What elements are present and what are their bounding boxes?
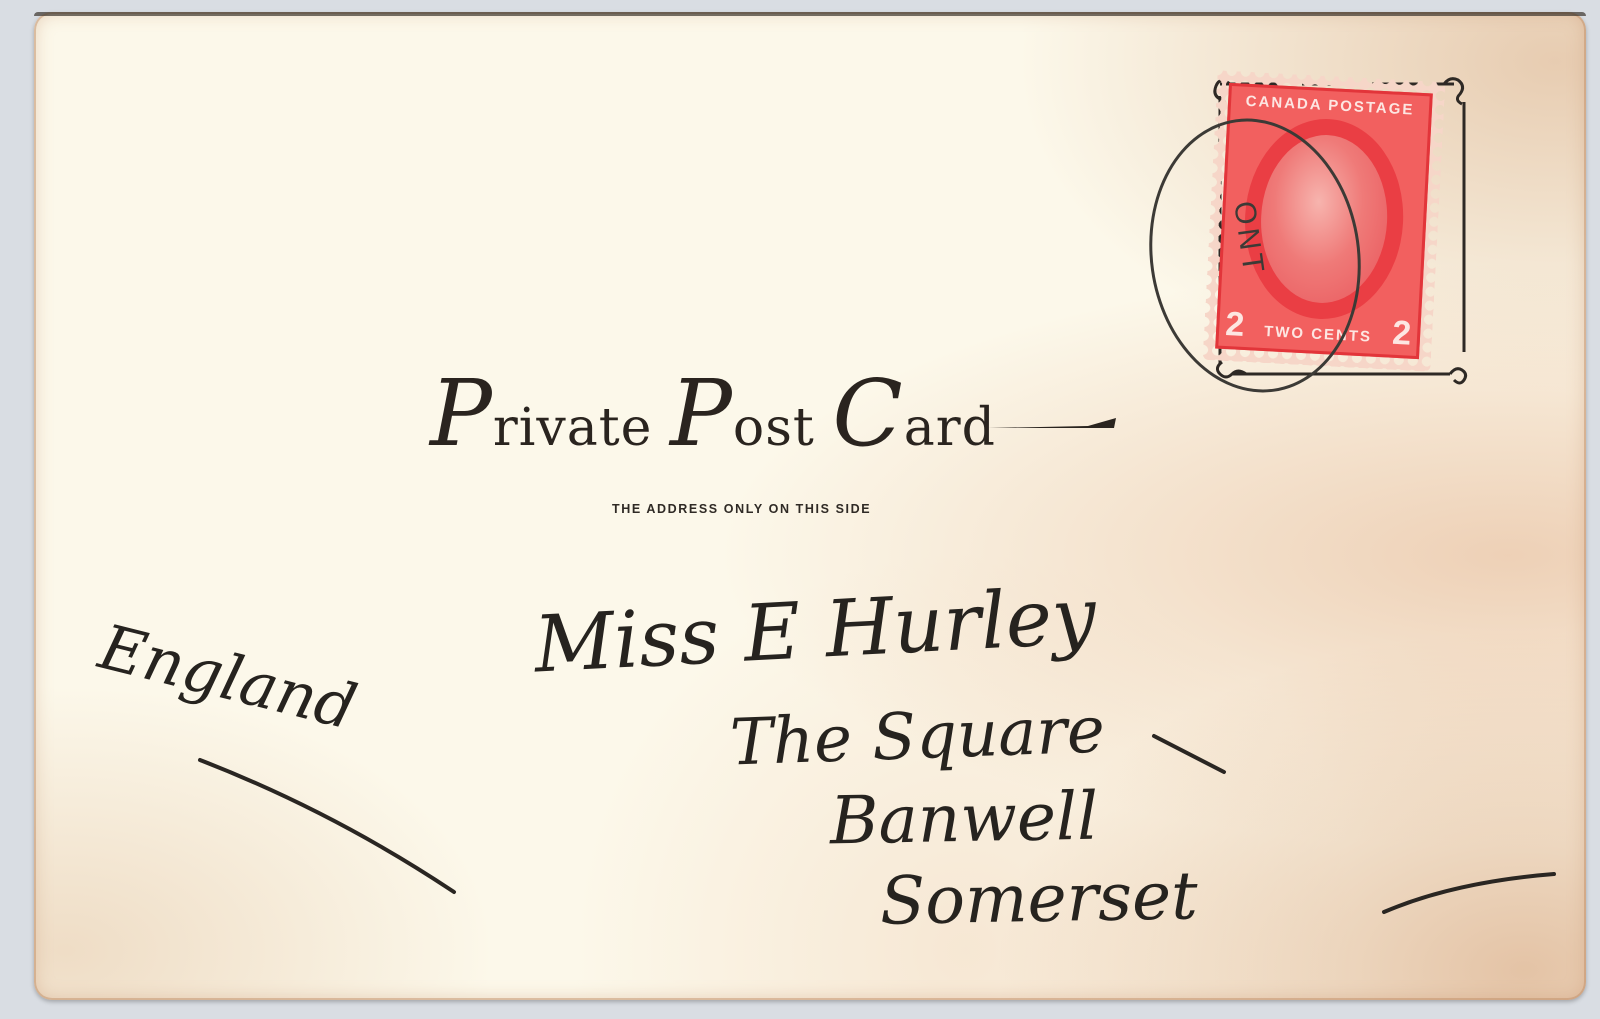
address-only-notice: THE ADDRESS ONLY ON THIS SIDE xyxy=(612,502,871,516)
card-heading: Private Post Card xyxy=(410,348,1100,478)
heading-text: Private Post Card xyxy=(430,368,996,460)
recipient-name: Miss E Hurley xyxy=(532,571,1098,690)
address-county: Somerset xyxy=(879,857,1198,940)
address-street: The Square xyxy=(729,693,1106,780)
heading-flourish-icon xyxy=(988,416,1118,432)
address-town: Banwell xyxy=(829,778,1098,860)
stamp-value-right: 2 xyxy=(1391,314,1412,354)
postcard: CANADA POSTAGE TWO CENTS 2 2 ONT Private… xyxy=(34,12,1586,1000)
address-country: England xyxy=(92,610,363,744)
postmark-text: ONT xyxy=(1226,199,1270,278)
stamp-country-text: CANADA POSTAGE xyxy=(1231,92,1430,119)
